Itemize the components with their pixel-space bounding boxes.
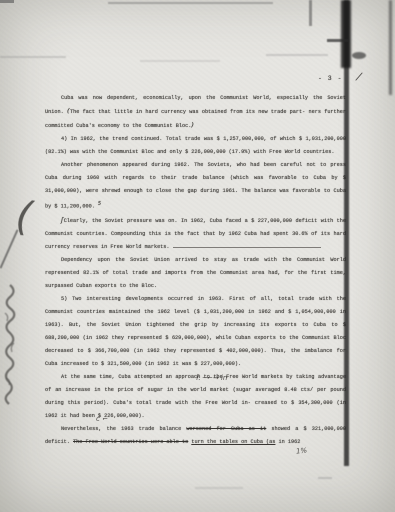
scan-artifact-right-line (344, 0, 349, 466)
paragraph: Another phenomenon appeared during 1962.… (45, 159, 346, 214)
text-segment: 5) Two interesting developments occurred… (45, 296, 346, 367)
handwritten-slash-mark: / (355, 70, 362, 84)
handwritten-caret-mark: c ⌐ (96, 415, 108, 423)
margin-stamp-illegible-writing (1, 283, 19, 408)
paragraph: ʃClearly, the Soviet pressure was on. In… (45, 214, 346, 254)
paragraph: 5) Two interesting developments occurred… (45, 293, 346, 371)
text-segment: turn the tables on Cuba (as (191, 439, 275, 445)
text-segment: The fact that little in hard currency wa… (45, 109, 346, 129)
scan-artifact-top-left-dash (0, 0, 14, 3)
text-segment: The Free World countries were able to (73, 439, 188, 445)
handwritten-mark: ) (191, 121, 194, 129)
scan-artifact-right-line-top (341, 0, 351, 68)
paragraph: Dependency upon the Soviet Union arrived… (45, 254, 346, 293)
scanned-document-page: - 3 - Cuba was now dependent, economical… (0, 0, 395, 512)
handwritten-underline-rule (173, 244, 321, 248)
scan-artifact-top-streak (108, 2, 273, 4)
text-segment: 4) In 1962, the trend continued. Total t… (45, 136, 346, 155)
scan-artifact-top-right-line (309, 0, 312, 26)
paragraph: Cuba was now dependent, economically, up… (45, 92, 346, 133)
paragraph: Nevertheless, the 1963 trade balance wor… (45, 423, 346, 449)
handwritten-mark: 5 (98, 201, 102, 207)
scan-artifact-top-right-tick (327, 39, 349, 42)
text-segment: worsened for Cuba as it (186, 426, 266, 432)
scan-artifact-bottom-smudge (195, 487, 243, 489)
scan-artifact-right-edge (389, 0, 392, 95)
text-segment: Another phenomenon appeared during 1962.… (45, 162, 346, 210)
document-body: Cuba was now dependent, economically, up… (45, 92, 346, 449)
scan-artifact-streak (0, 56, 66, 58)
paragraph: 4) In 1962, the trend continued. Total t… (45, 133, 346, 159)
page-number: - 3 - (318, 75, 343, 82)
handwritten-bottom-mark: 1% (296, 446, 308, 455)
handwritten-diagonal-stroke (0, 229, 18, 268)
text-segment: in 1962 (275, 439, 300, 445)
text-segment: Dependency upon the Soviet Union arrived… (45, 257, 346, 289)
scan-artifact-streak (266, 54, 328, 56)
scan-artifact-top-right-blob (352, 52, 366, 59)
scan-artifact-streak (140, 60, 220, 62)
scan-artifact-bottom-smudge (318, 477, 332, 479)
text-segment: Nevertheless, the 1963 trade balance (61, 426, 186, 432)
handwritten-note: f. ─⌐→ in (196, 374, 227, 382)
